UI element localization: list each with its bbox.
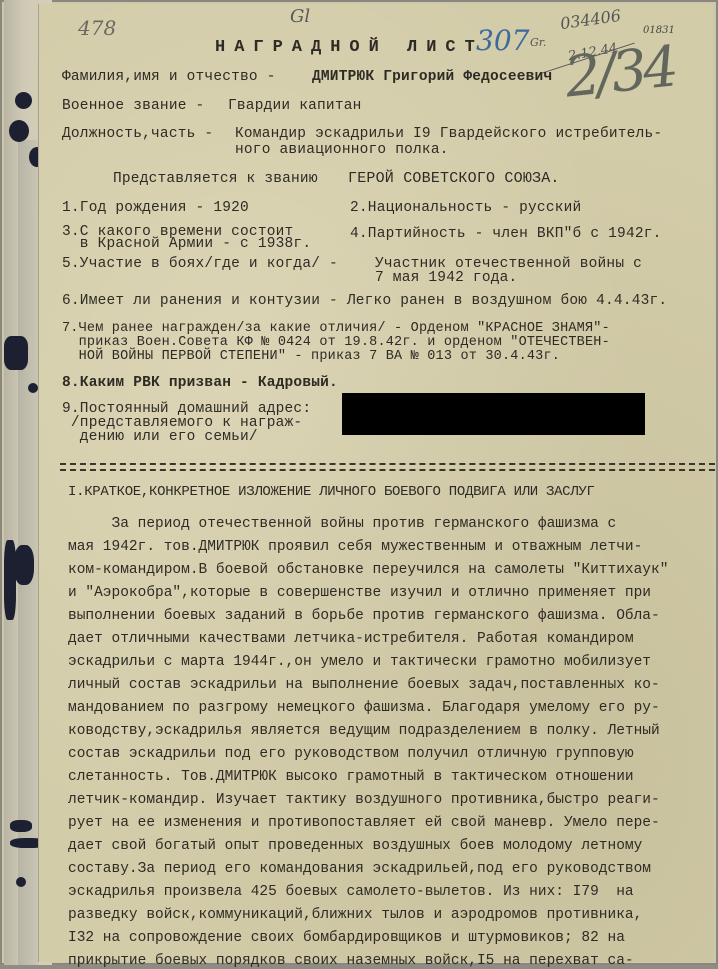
body-line: эскадрилья произвела 425 боевых самолето… [68,884,634,900]
section-heading: I.КРАТКОЕ,КОНКРЕТНОЕ ИЗЛОЖЕНИЕ ЛИЧНОГО Б… [68,484,595,500]
document-title: НАГРАДНОЙ ЛИСТ [215,38,484,57]
name-label: Фамилия,имя и отчество - [62,69,276,85]
body-line: рует на ее изменения и противопоставляет… [68,815,660,831]
award-value: ГЕРОЙ СОВЕТСКОГО СОЮЗА. [348,170,560,187]
redacted-address-block [342,393,645,435]
body-line: ководству,эскадрилья является ведущим по… [68,723,660,739]
army-since-line-2: в Красной Армии - с 1938г. [62,236,311,252]
binder-hole-8 [10,820,32,832]
binder-hole-5 [28,383,38,393]
body-line: состав эскадрильи под его руководством п… [68,746,634,762]
award-label: Представляется к званию [113,171,318,187]
previous-awards-line-2: приказ Воен.Совета КФ № 0424 от 19.8.42г… [62,335,610,350]
section-divider [60,463,715,471]
body-line: дает отличными качествами летчика-истреб… [68,631,634,647]
body-line: За период отечественной войны против гер… [68,516,616,532]
binder-hole-4 [4,336,28,370]
binder-hole-2 [9,120,29,142]
body-line: мандованием по разгрому немецкого фашизм… [68,700,660,716]
previous-awards-line-3: НОЙ ВОЙНЫ ПЕРВОЙ СТЕПЕНИ" - приказ 7 ВА … [62,349,560,364]
birth-year-field: 1.Год рождения - 1920 [62,200,249,216]
binder-hole-1 [15,92,32,109]
home-address-label-line-3: дению или его семьи/ [62,429,258,445]
nationality-field: 2.Национальность - русский [350,200,581,216]
body-line: летчик-командир. Изучает тактику воздушн… [68,792,660,808]
position-value-line-1: Командир эскадрильи I9 Гвардейского истр… [235,126,662,142]
body-line: составу.За период его командования эскад… [68,861,651,877]
battles-value-line-2: 7 мая 1942 года. [375,270,517,286]
handwritten-archive-prefix: Gr. [530,36,546,49]
body-line: разведку войск,коммуникаций,ближних тыло… [68,907,642,923]
body-line: дает свой богатый опыт проведенных возду… [68,838,642,854]
draft-office-field: 8.Каким РВК призван - Кадровый. [62,375,338,391]
handwritten-large-signature: 2/34 [562,34,678,110]
binder-hole-10 [16,877,26,887]
body-line: и "Аэрокобра",которые в совершенстве изу… [68,585,651,601]
position-value-line-2: ного авиационного полка. [235,142,449,158]
wounds-field: 6.Имеет ли ранения и контузии - Легко ра… [62,293,667,309]
body-line: выполнении боевых заданий в борьбе проти… [68,608,660,624]
body-line: эскадрильи с марта 1944г.,он умело и так… [68,654,651,670]
scanned-page: 478 Gl 307 Gr. 034406 2.12.44 01831 2/34… [0,0,718,965]
rank-value: Гвардии капитан [228,98,362,114]
rank-label: Военное звание - [62,98,204,114]
body-line: слетанность. Тов.ДМИТРЮК высоко грамотны… [68,769,634,785]
position-label: Должность,часть - [62,126,213,142]
handwritten-initial-mark: Gl [290,6,310,27]
battles-label: 5.Участие в боях/где и когда/ - [62,256,338,272]
previous-awards-line-1: 7.Чем ранее награжден/за какие отличия/ … [62,321,610,336]
handwritten-list-number: 307 [476,24,529,57]
body-line: личный состав эскадрильи на выполнение б… [68,677,660,693]
party-field: 4.Партийность - член ВКП"б с 1942г. [350,226,662,242]
name-value: ДМИТРЮК Григорий Федосеевич [312,69,552,85]
body-line: мая 1942г. тов.ДМИТРЮК проявил себя муже… [68,539,642,555]
body-line: ком-командиром.В боевой обстановке переу… [68,562,668,578]
body-line: прикрытие боевых порядков своих наземных… [68,953,634,965]
handwritten-page-number: 478 [78,16,116,40]
body-line: I32 на сопровождение своих бомбардировщи… [68,930,625,946]
binder-hole-7 [14,545,34,585]
